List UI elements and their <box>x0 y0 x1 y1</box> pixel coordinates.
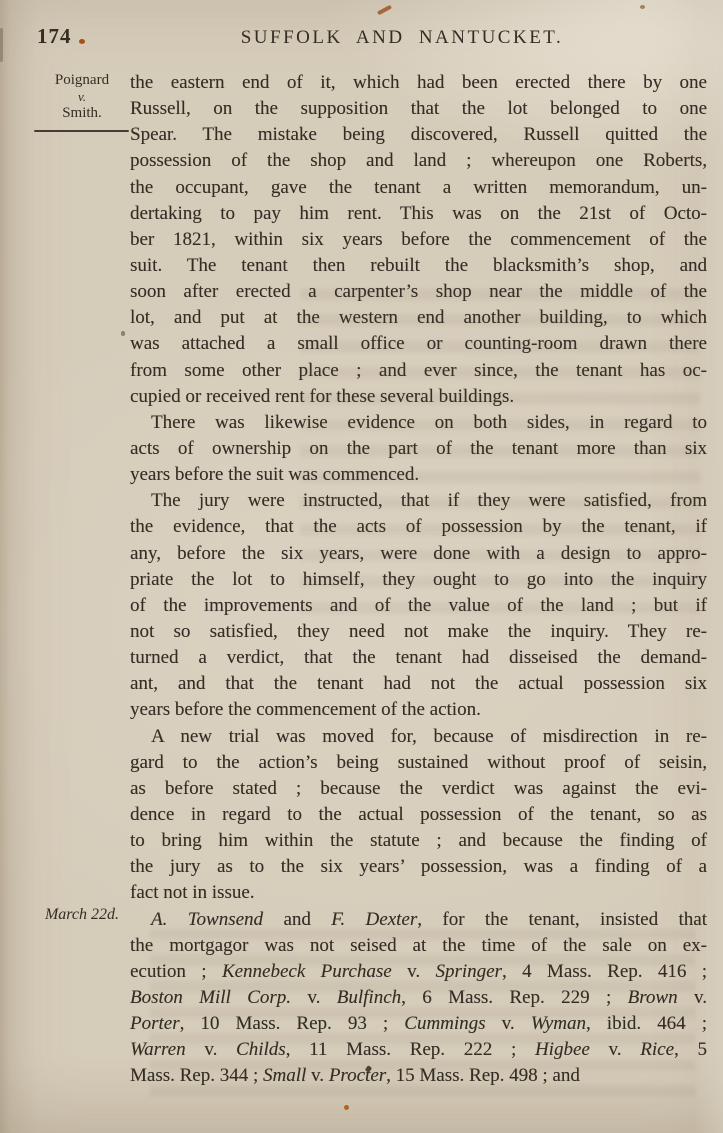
body-line: There was likewise evidence on both side… <box>130 410 707 436</box>
body-line: the occupant, gave the tenant a written … <box>130 175 707 201</box>
body-line: to bring him within the statute ; and be… <box>130 828 707 854</box>
body-line: Spear. The mistake being discovered, Rus… <box>130 122 707 148</box>
body-line: as before stated ; because the verdict w… <box>130 776 707 802</box>
body-line: lot, and put at the western end another … <box>130 305 707 331</box>
paragraph: the eastern end of it, which had been er… <box>130 70 707 410</box>
body-line: years before the commencement of the act… <box>130 697 707 723</box>
body-line: of the improvements and of the value of … <box>130 593 707 619</box>
margin-divider-rule <box>34 130 129 132</box>
paragraph: The jury were instructed, that if they w… <box>130 488 707 723</box>
foxing-speck <box>640 5 645 9</box>
running-head: SUFFOLK AND NANTUCKET. <box>241 27 564 49</box>
book-page: 174 SUFFOLK AND NANTUCKET. Poignard v. S… <box>0 0 723 1133</box>
body-line: A new trial was moved for, because of mi… <box>130 724 707 750</box>
body-line: fact not in issue. <box>130 880 707 906</box>
body-line: suit. The tenant then rebuilt the blacks… <box>130 253 707 279</box>
body-line: ber 1821, within six years before the co… <box>130 227 707 253</box>
body-line: priate the lot to himself, they ought to… <box>130 567 707 593</box>
paragraph: There was likewise evidence on both side… <box>130 410 707 488</box>
body-line: ant, and that the tenant had not the act… <box>130 671 707 697</box>
body-line: dence in regard to the actual possession… <box>130 802 707 828</box>
body-line: Warren v. Childs, 11 Mass. Rep. 222 ; Hi… <box>130 1037 707 1063</box>
body-line: possession of the shop and land ; whereu… <box>130 148 707 174</box>
body-line: The jury were instructed, that if they w… <box>130 488 707 514</box>
body-line: turned a verdict, that the tenant had di… <box>130 645 707 671</box>
body-line: A. Townsend and F. Dexter, for the tenan… <box>130 907 707 933</box>
body-line: gard to the action’s being sustained wit… <box>130 750 707 776</box>
body-line: years before the suit was commenced. <box>130 462 707 488</box>
margin-note-case: Poignard v. Smith. <box>30 72 134 122</box>
body-line: Boston Mill Corp. v. Bulfinch, 6 Mass. R… <box>130 985 707 1011</box>
body-line: the eastern end of it, which had been er… <box>130 70 707 96</box>
margin-note-date: March 22d. <box>26 906 138 924</box>
body-line: was attached a small office or counting-… <box>130 331 707 357</box>
body-line: the evidence, that the acts of possessio… <box>130 514 707 540</box>
stain-mark <box>377 5 392 16</box>
ink-smudge <box>121 331 125 336</box>
body-line: dertaking to pay him rent. This was on t… <box>130 201 707 227</box>
body-line: any, before the six years, were done wit… <box>130 541 707 567</box>
page-number: 174 <box>37 24 72 49</box>
body-line: Mass. Rep. 344 ; Small v. Procter, 15 Ma… <box>130 1063 707 1089</box>
body-line: ecution ; Kennebeck Purchase v. Springer… <box>130 959 707 985</box>
body-line: cupied or received rent for these severa… <box>130 384 707 410</box>
foxing-speck <box>79 39 85 44</box>
body-line: Porter, 10 Mass. Rep. 93 ; Cummings v. W… <box>130 1011 707 1037</box>
body-line: acts of ownership on the part of the ten… <box>130 436 707 462</box>
paragraph: A. Townsend and F. Dexter, for the tenan… <box>130 907 707 1090</box>
body-line: Russell, on the supposition that the lot… <box>130 96 707 122</box>
foxing-speck <box>344 1105 349 1110</box>
body-line: the mortgagor was not seised at the time… <box>130 933 707 959</box>
body-line: the jury as to the six years’ possession… <box>130 854 707 880</box>
body-line: from some other place ; and ever since, … <box>130 358 707 384</box>
scan-edge-shadow <box>0 28 3 62</box>
body-text: the eastern end of it, which had been er… <box>130 70 707 1089</box>
margin-case-versus: v. <box>30 89 134 105</box>
margin-case-plaintiff: Poignard <box>30 72 134 89</box>
margin-case-defendant: Smith. <box>30 105 134 122</box>
body-line: soon after erected a carpenter’s shop ne… <box>130 279 707 305</box>
body-line: not so satisfied, they need not make the… <box>130 619 707 645</box>
paragraph: A new trial was moved for, because of mi… <box>130 724 707 907</box>
